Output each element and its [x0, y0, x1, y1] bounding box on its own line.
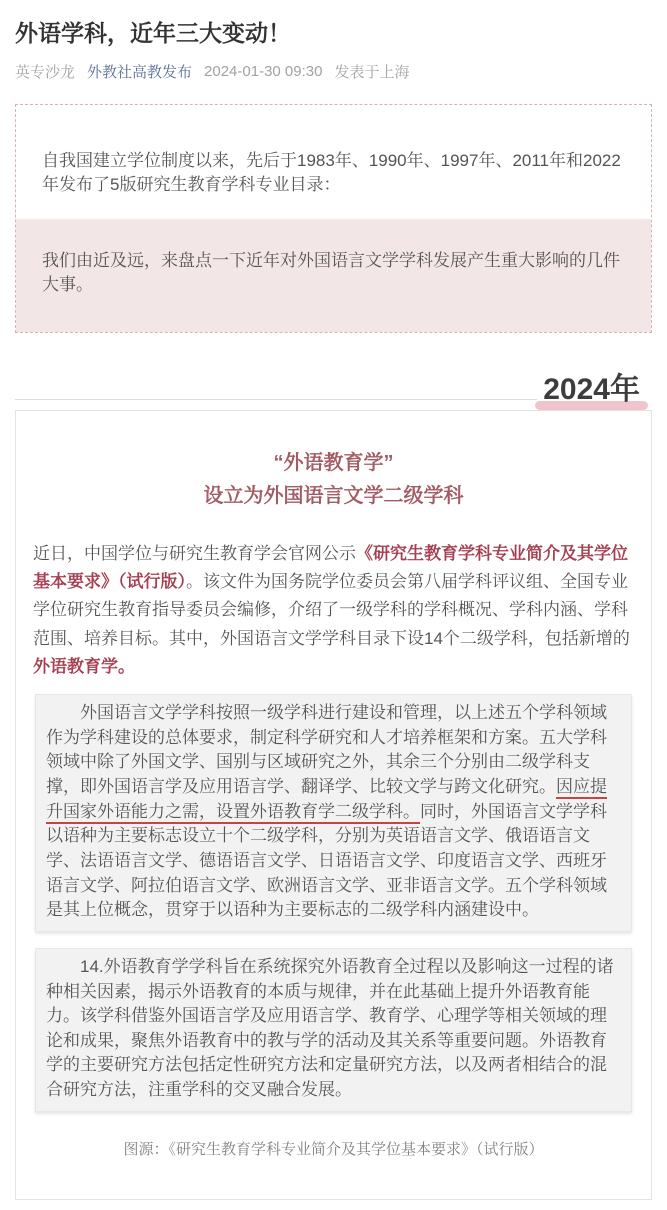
year-label: 2024年: [537, 373, 646, 408]
article-card: “外语教育学” 设立为外国语言文学二级学科 近日，中国学位与研究生教育学会官网公…: [15, 410, 652, 1200]
article-page: 外语学科，近年三大变动！ 英专沙龙 外教社高教发布 2024-01-30 09:…: [0, 0, 667, 1210]
quote-box-1: 外国语言文学学科按照一级学科进行建设和管理，以上述五个学科领域作为学科建设的总体…: [35, 694, 632, 932]
year-divider-line: [15, 399, 537, 400]
intro-highlight-section: 我们由近及远，来盘点一下近年对外国语言文学学科发展产生重大影响的几件大事。: [16, 219, 651, 331]
intro-box: 自我国建立学位制度以来，先后于1983年、1990年、1997年、2011年和2…: [15, 104, 652, 333]
article-paragraph-new-discipline: 外语教育学。: [33, 657, 135, 676]
article-heading: “外语教育学” 设立为外国语言文学二级学科: [33, 447, 634, 513]
quote-box-2: 14.外语教育学学科旨在系统探究外语教育全过程以及影响这一过程的诸种相关因素，揭…: [35, 948, 632, 1112]
byline-author: 英专沙龙: [15, 61, 75, 82]
quote-1-paragraph: 外国语言文学学科按照一级学科进行建设和管理，以上述五个学科领域作为学科建设的总体…: [46, 701, 621, 923]
quote-1-seg-1: 外国语言文学学科按照一级学科进行建设和管理，以上述五个学科领域作为学科建设的总体…: [46, 703, 607, 796]
intro-paragraph-1: 自我国建立学位制度以来，先后于1983年、1990年、1997年、2011年和2…: [42, 149, 625, 197]
intro-white-section: 自我国建立学位制度以来，先后于1983年、1990年、1997年、2011年和2…: [16, 105, 651, 219]
article-heading-line-2: 设立为外国语言文学二级学科: [33, 480, 634, 513]
year-label-text: 2024年: [543, 373, 640, 406]
article-paragraph: 近日，中国学位与研究生教育学会官网公示《研究生教育学科专业简介及其学位基本要求》…: [33, 540, 634, 681]
quote-2-paragraph: 14.外语教育学学科旨在系统探究外语教育全过程以及影响这一过程的诸种相关因素，揭…: [46, 955, 621, 1103]
byline-datetime: 2024-01-30 09:30: [204, 63, 322, 80]
image-source-caption: 图源：《研究生教育学科专业简介及其学位基本要求》（试行版）: [33, 1138, 634, 1159]
byline-account-link[interactable]: 外教社高教发布: [87, 61, 192, 82]
byline-location: 发表于上海: [334, 61, 409, 82]
year-heading-row: 2024年: [15, 373, 652, 408]
intro-paragraph-2: 我们由近及远，来盘点一下近年对外国语言文学学科发展产生重大影响的几件大事。: [42, 249, 625, 297]
article-heading-line-1: “外语教育学”: [33, 447, 634, 480]
article-paragraph-seg-1: 近日，中国学位与研究生教育学会官网公示: [33, 544, 356, 563]
page-title: 外语学科，近年三大变动！: [15, 18, 652, 49]
byline: 英专沙龙 外教社高教发布 2024-01-30 09:30 发表于上海: [15, 61, 652, 82]
